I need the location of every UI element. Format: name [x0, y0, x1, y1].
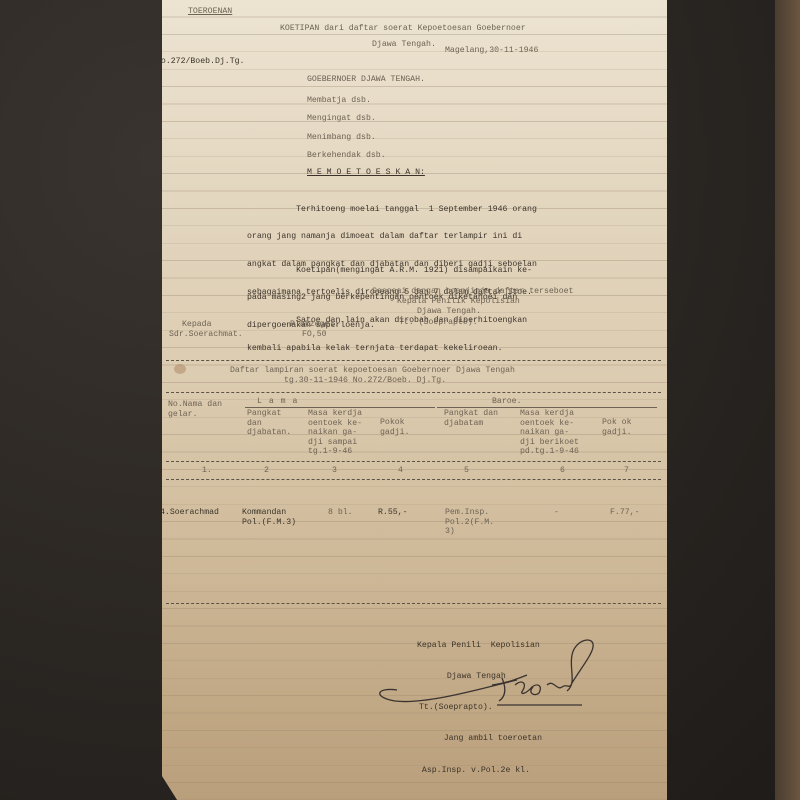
column-number-7: 7: [624, 466, 629, 476]
column-header-2: Pangkat dan djabatan.: [247, 409, 291, 438]
attachment-subtitle: tg.30-11-1946 No.272/Boeb. Dj.Tg.: [284, 376, 446, 386]
column-number-2: 2: [264, 466, 269, 476]
column-number-5: 5: [464, 466, 469, 476]
issuing-authority: GOEBERNOER DJAWA TENGAH.: [307, 75, 425, 85]
cell-new-rank: Pem.Insp. Pol.2(F.M. 3): [445, 508, 494, 537]
divider: [166, 603, 661, 604]
column-number-4: 4: [398, 466, 403, 476]
closing-line-4: Tt. (Soeprapto).: [399, 318, 478, 328]
closing-line-2: Kepala Penilik Kepolisian: [397, 297, 520, 307]
group-rule-new: [437, 407, 657, 408]
divider: [166, 479, 661, 480]
consideration-1: Membatja dsb.: [307, 96, 371, 106]
decision-title: M E M O E T O E S K A N:: [307, 168, 425, 178]
consideration-3: Menimbang dsb.: [307, 133, 376, 143]
recipient-label: Kepada: [182, 320, 211, 330]
paragraph-line: orang jang namanja dimoeat dalam daftar …: [247, 232, 537, 241]
cell-new-service: -: [554, 508, 559, 518]
column-header-1: No.Nama dan gelar.: [168, 400, 222, 419]
divider: [166, 461, 661, 462]
background-edge: [775, 0, 800, 800]
signature-line: Asp.Insp. v.Pol.2e kl.: [417, 766, 542, 776]
column-number-1: 1.: [202, 466, 212, 476]
cell-old-service: 8 bl.: [328, 508, 353, 518]
stamp-value: FO,50: [302, 330, 327, 340]
consideration-4: Berkehendak dsb.: [307, 151, 386, 161]
document-heading-region: Djawa Tengah.: [372, 40, 436, 50]
cell-old-rank: Kommandan Pol.(F.M.3): [242, 508, 296, 527]
recipient-name: Sdr.Soerachmat.: [169, 330, 243, 340]
handwritten-signature: [367, 635, 637, 715]
column-number-3: 3: [332, 466, 337, 476]
signature-line: Jang ambil toeroetan: [417, 734, 542, 744]
divider: [166, 360, 661, 361]
group-rule-old: [245, 407, 435, 408]
closing-line-1: Sesoeai dengan boenjinja daftar terseboe…: [372, 287, 573, 297]
document-heading: KOETIPAN dari daftar soerat Kepoetoesan …: [280, 24, 526, 34]
closing-line-3: Djawa Tengah.: [417, 307, 481, 317]
reference-number: No.272/Boeb.Dj.Tg.: [156, 57, 244, 67]
cell-name: 4.Soerachmad: [160, 508, 219, 518]
place-date: Magelang,30-11-1946: [445, 46, 538, 56]
column-header-5: Pangkat dan djabatam: [444, 409, 498, 428]
cell-new-salary: F.77,-: [610, 508, 639, 518]
paragraph-line: Terhitoeng moelai tanggal 1 September 19…: [247, 205, 537, 214]
paragraph-line: Koetipan(mengingat A.R.M. 1921) disampai…: [247, 266, 532, 275]
column-header-7: Pok ok gadji.: [602, 418, 631, 437]
stamp-label: Plakzegel:: [290, 320, 339, 330]
divider: [166, 392, 661, 393]
column-header-4: Pokok gadji.: [380, 418, 409, 437]
column-number-6: 6: [560, 466, 565, 476]
stain: [174, 364, 186, 374]
column-header-3: Masa kerdja oentoek ke- naikan ga- dji s…: [308, 409, 362, 457]
cell-old-salary: R.55,-: [378, 508, 407, 518]
attachment-title: Daftar lampiran soerat kepoetoesan Goebe…: [230, 366, 515, 376]
document-page: TOEROENAN KOETIPAN dari daftar soerat Ke…: [162, 0, 667, 800]
group-header-old: L a m a: [257, 397, 298, 407]
consideration-2: Mengingat dsb.: [307, 114, 376, 124]
column-header-6: Masa kerdja oentoek ke- naikan ga- dji b…: [520, 409, 579, 457]
group-header-new: Baroe.: [492, 397, 521, 407]
document-tag: TOEROENAN: [188, 7, 232, 17]
